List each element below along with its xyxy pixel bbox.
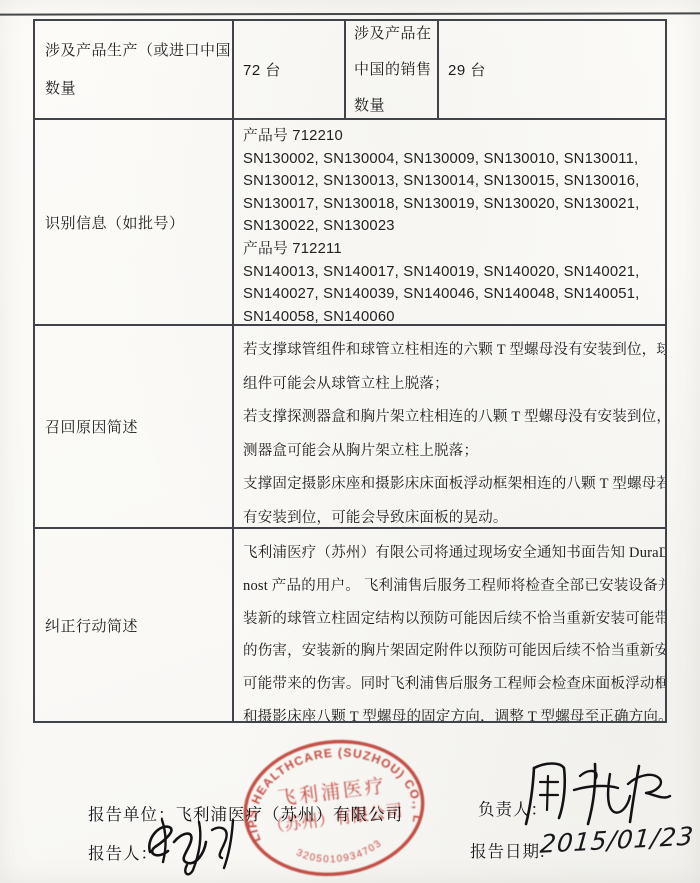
text-line: SN130017, SN130018, SN130019, SN130020, … — [243, 193, 661, 216]
corrective-action-label: 纠正行动简述 — [45, 615, 138, 636]
text-line: SN130002, SN130004, SN130009, SN130010, … — [243, 148, 661, 171]
previous-section-bottom-border — [0, 12, 700, 15]
text-line: 组件可能会从球管立柱上脱落； — [243, 368, 661, 402]
text-line: 产品号 712210 — [243, 125, 661, 148]
text-line: SN140027, SN140039, SN140046, SN140048, … — [243, 283, 661, 306]
cell-recall-reason-content: 若支撑球管组件和球管立柱相连的六颗 T 型螺母没有安装到位，球管组件可能会从球管… — [232, 326, 665, 527]
text-line: 装新的球管立柱固定结构以预防可能因后续不恰当重新安装可能带来 — [243, 603, 661, 636]
text-line: 和摄影床座八颗 T 型螺母的固定方向，调整 T 型螺母至正确方向。 — [243, 701, 661, 721]
recall-reason-label: 召回原因简述 — [45, 416, 138, 437]
text-line: 有安装到位，可能会导致床面板的晃动。 — [243, 502, 661, 527]
text-line: 数量 — [45, 70, 232, 108]
text-line: 支撑固定摄影床座和摄影床床面板浮动框架相连的八颗 T 型螺母若没 — [243, 468, 661, 502]
company-red-stamp: PHILIPS HEALTHCARE (SUZHOU) CO., LTD. 飞利… — [234, 733, 434, 883]
text-line: 涉及产品在 — [354, 21, 437, 52]
text-line: SN140058, SN140060 — [243, 306, 661, 324]
cell-corrective-action-content: 飞利浦医疗（苏州）有限公司将通过现场安全通知书面告知 DuraDiagnost … — [232, 529, 665, 721]
text-line: SN130012, SN130013, SN130014, SN130015, … — [243, 170, 661, 193]
text-line: 测器盒可能会从胸片架立柱上脱落； — [243, 435, 661, 469]
table-row-identification: 识别信息（如批号） 产品号 712210SN130002, SN130004, … — [35, 118, 665, 324]
text-line: 中国的销售 — [354, 52, 437, 88]
identification-label: 识别信息（如批号） — [45, 212, 185, 233]
cell-china-sales-quantity-value: 29 台 — [437, 21, 665, 118]
responsible-person-signature — [518, 750, 673, 838]
text-line: 数量 — [354, 88, 437, 119]
text-line: 若支撑探测器盒和胸片架立柱相连的八颗 T 型螺母没有安装到位，探 — [243, 401, 661, 435]
recall-report-table: 涉及产品生产（或进口中国）数量 72 台 涉及产品在中国的销售数量 29 台 识… — [33, 19, 667, 723]
text-line: nost 产品的用户。 飞利浦售后服务工程师将检查全部已安装设备并安 — [243, 570, 661, 603]
table-row-corrective-action: 纠正行动简述 飞利浦医疗（苏州）有限公司将通过现场安全通知书面告知 DuraDi… — [35, 527, 665, 721]
cell-recall-reason-label: 召回原因简述 — [35, 326, 232, 527]
table-row-recall-reason: 召回原因简述 若支撑球管组件和球管立柱相连的六颗 T 型螺母没有安装到位，球管组… — [35, 324, 665, 527]
cell-production-quantity-label: 涉及产品生产（或进口中国）数量 — [35, 21, 232, 118]
china-sales-quantity: 29 台 — [448, 59, 486, 80]
cell-production-quantity-value: 72 台 — [232, 21, 344, 118]
text-line: SN130022, SN130023 — [243, 215, 661, 238]
text-line: 产品号 712211 — [243, 238, 661, 261]
report-date-label: 报告日期: — [470, 838, 546, 862]
text-line: 可能带来的伤害。同时飞利浦售后服务工程师会检查床面板浮动框架 — [243, 668, 661, 701]
text-line: 若支撑球管组件和球管立柱相连的六颗 T 型螺母没有安装到位，球管 — [243, 334, 661, 368]
text-line: SN140013, SN140017, SN140019, SN140020, … — [243, 261, 661, 284]
table-row-quantities: 涉及产品生产（或进口中国）数量 72 台 涉及产品在中国的销售数量 29 台 — [35, 21, 665, 118]
text-line: 的伤害，安装新的胸片架固定附件以预防可能因后续不恰当重新安装 — [243, 635, 661, 668]
cell-corrective-action-label: 纠正行动简述 — [35, 529, 232, 721]
text-line: 涉及产品生产（或进口中国） — [45, 32, 232, 70]
cell-china-sales-quantity-label: 涉及产品在中国的销售数量 — [344, 21, 437, 118]
production-quantity: 72 台 — [243, 59, 281, 80]
text-line: 飞利浦医疗（苏州）有限公司将通过现场安全通知书面告知 DuraDiag — [243, 537, 661, 570]
cell-identification-content: 产品号 712210SN130002, SN130004, SN130009, … — [232, 120, 665, 324]
cell-identification-label: 识别信息（如批号） — [35, 120, 232, 324]
scanned-recall-report-page: { "table": { "r1": { "label_lines": ["涉及… — [0, 0, 700, 883]
